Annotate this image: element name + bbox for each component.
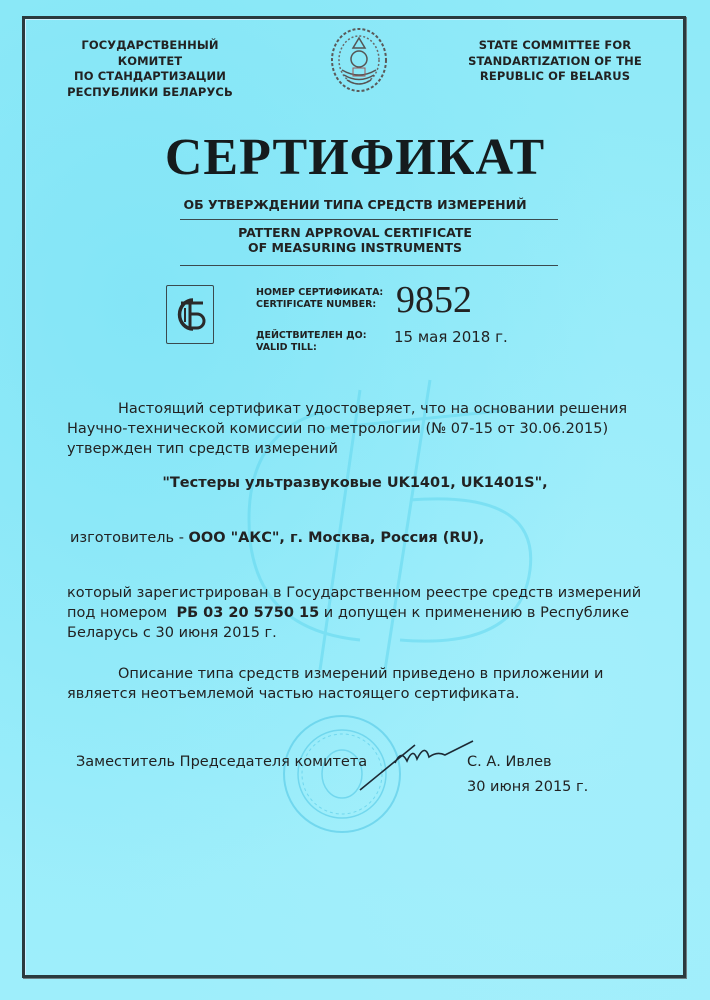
header-en-line: STATE COMMITTEE FOR (455, 38, 655, 54)
valid-till-date: 15 мая 2018 г. (394, 328, 508, 346)
header-ru-line: ПО СТАНДАРТИЗАЦИИ (50, 69, 250, 85)
manufacturer-line: изготовитель - ООО "АКС", г. Москва, Рос… (70, 528, 484, 548)
document-title: СЕРТИФИКАТ (0, 126, 710, 190)
label-ru: ДЕЙСТВИТЕЛЕН ДО: (256, 330, 367, 342)
btg-logo-icon (167, 286, 213, 343)
certificate-number-label: НОМЕР СЕРТИФИКАТА: CERTIFICATE NUMBER: (256, 287, 383, 311)
signatory-name: С. А. Ивлев (467, 752, 552, 772)
instrument-name: "Тестеры ультразвуковые UK1401, UK1401S"… (0, 473, 710, 493)
body-paragraph-2-line: под номером РБ 03 20 5750 15 и допущен к… (67, 603, 629, 623)
header-ru-line: РЕСПУБЛИКИ БЕЛАРУСЬ (50, 85, 250, 101)
divider (180, 219, 558, 220)
body-paragraph-1-line: Настоящий сертификат удостоверяет, что н… (118, 399, 627, 419)
registry-suffix: и допущен к применению в Республике (319, 605, 629, 621)
registry-number: РБ 03 20 5750 15 (176, 605, 319, 621)
belarus-coat-of-arms-icon (328, 26, 390, 94)
subtitle-en-line: OF MEASURING INSTRUMENTS (0, 240, 710, 255)
valid-till-label: ДЕЙСТВИТЕЛЕН ДО: VALID TILL: (256, 330, 367, 354)
body-paragraph-1-line: утвержден тип средств измерений (67, 439, 338, 459)
label-en: CERTIFICATE NUMBER: (256, 299, 383, 311)
certificate-number: 9852 (396, 278, 472, 322)
label-ru: НОМЕР СЕРТИФИКАТА: (256, 287, 383, 299)
body-paragraph-3-line: является неотъемлемой частью настоящего … (67, 684, 519, 704)
subtitle-ru: ОБ УТВЕРЖДЕНИИ ТИПА СРЕДСТВ ИЗМЕРЕНИЙ (0, 197, 710, 212)
signature-date: 30 июня 2015 г. (467, 777, 588, 797)
registry-prefix: под номером (67, 605, 176, 621)
body-paragraph-1-line: Научно-технической комиссии по метрологи… (67, 419, 608, 439)
handwritten-signature-icon (355, 735, 475, 795)
body-paragraph-2-line: Беларусь с 30 июня 2015 г. (67, 623, 277, 643)
manufacturer-name: ООО "АКС", г. Москва, Россия (RU), (189, 530, 485, 546)
header-issuer-en: STATE COMMITTEE FOR STANDARTIZATION OF T… (455, 38, 655, 85)
header-en-line: REPUBLIC OF BELARUS (455, 69, 655, 85)
body-paragraph-2-line: который зарегистрирован в Государственно… (67, 583, 641, 603)
label-en: VALID TILL: (256, 342, 367, 354)
header-en-line: STANDARTIZATION OF THE (455, 54, 655, 70)
manufacturer-label: изготовитель - (70, 530, 189, 546)
signatory-position: Заместитель Председателя комитета (76, 752, 367, 772)
btg-logo (166, 285, 214, 344)
header-ru-line: ГОСУДАРСТВЕННЫЙ КОМИТЕТ (50, 38, 250, 69)
body-paragraph-3-line: Описание типа средств измерений приведен… (118, 664, 603, 684)
subtitle-en-line: PATTERN APPROVAL CERTIFICATE (0, 225, 710, 240)
divider (180, 265, 558, 266)
subtitle-en: PATTERN APPROVAL CERTIFICATE OF MEASURIN… (0, 225, 710, 255)
header-issuer-ru: ГОСУДАРСТВЕННЫЙ КОМИТЕТ ПО СТАНДАРТИЗАЦИ… (50, 38, 250, 100)
